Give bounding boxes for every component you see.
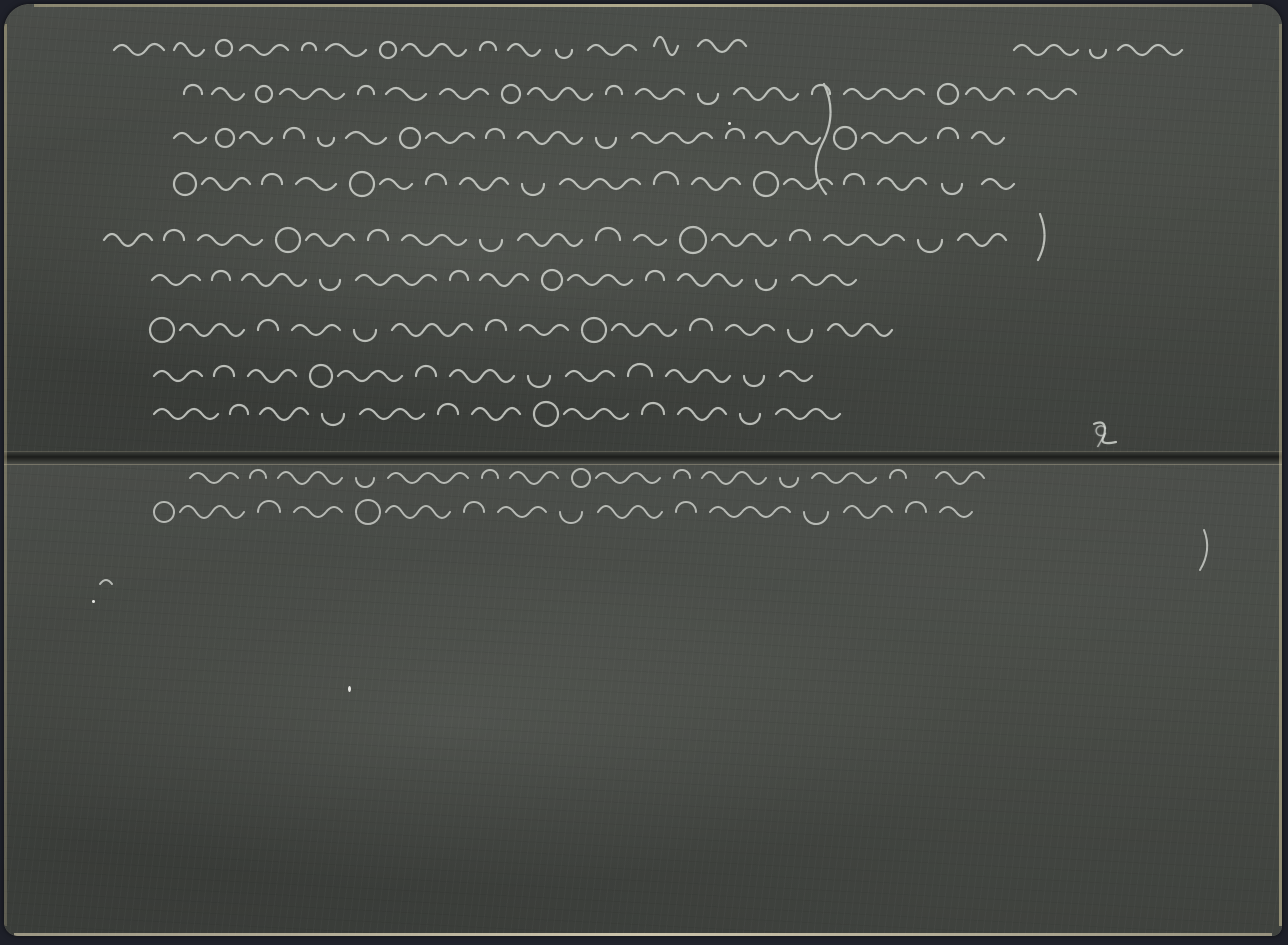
fold-crease <box>4 452 1282 464</box>
parabaik-manuscript: ဒု- သဝဂ္ဂ ဦးရှိသည် ဆရာတော်ဘုရား အရှင်မြတ… <box>4 4 1282 936</box>
manuscript-line: သိမ်းဆည်း ထားသော ပုရပိုက် မှတ်တမ်း တို့က… <box>104 222 560 261</box>
manuscript-line: ပြည်သူ အများ ကျန်းမာ ချမ်းသာ စေ ကြောင်း … <box>154 502 772 541</box>
blank-page-area <box>44 604 1244 904</box>
manuscript-line: မင်းတို့ စေလွှတ်သော ဝတ္ထု ပစ္စည်းတို့ကို… <box>104 78 606 117</box>
scan-background: ဒု- သဝဂ္ဂ ဦးရှိသည် ဆရာတော်ဘုရား အရှင်မြတ… <box>0 0 1288 945</box>
manuscript-line: ဤ အကြောင်း များ ကို ရေးသား ၍ ဆက်လက် တင်ပ… <box>154 466 815 505</box>
manuscript-line: ဝတ္ထု ပစ္စည်း များကို စာရင်း ပြု၍ ပေး ပိ… <box>104 358 524 397</box>
chalk-speck <box>348 686 351 692</box>
chalk-speck <box>92 600 95 603</box>
manuscript-line: ယခု သို့ ပြည်တော် သို့ ရောက်ရှိ ကြောင်း … <box>104 124 607 163</box>
manuscript-line: ပြည်သူ တို့ ၏ အကျိုး အတွက် ဆောင်ရွက် ရန် <box>104 314 564 353</box>
chalk-speck <box>728 122 731 125</box>
manuscript-line: ဒု- သဝဂ္ဂ ဦးရှိသည် ဆရာတော်ဘုရား အရှင်မြတ… <box>104 32 658 71</box>
manuscript-line: ယခု ဆက်လက် ရေးသား ၍ ပို့ အပ်ပါ သည် <box>104 264 536 303</box>
corner-mark: ၄ <box>1094 412 1109 448</box>
manuscript-line: မြတ်စွာ ဘုရား ၏ သာသနာ တော် ရှည်ကြာ စေသော… <box>104 398 618 437</box>
manuscript-line: ဖြစ်ကြောင်း ရှိသမျှ အရာကို စာဖြင့် ရေးသာ… <box>104 170 615 209</box>
